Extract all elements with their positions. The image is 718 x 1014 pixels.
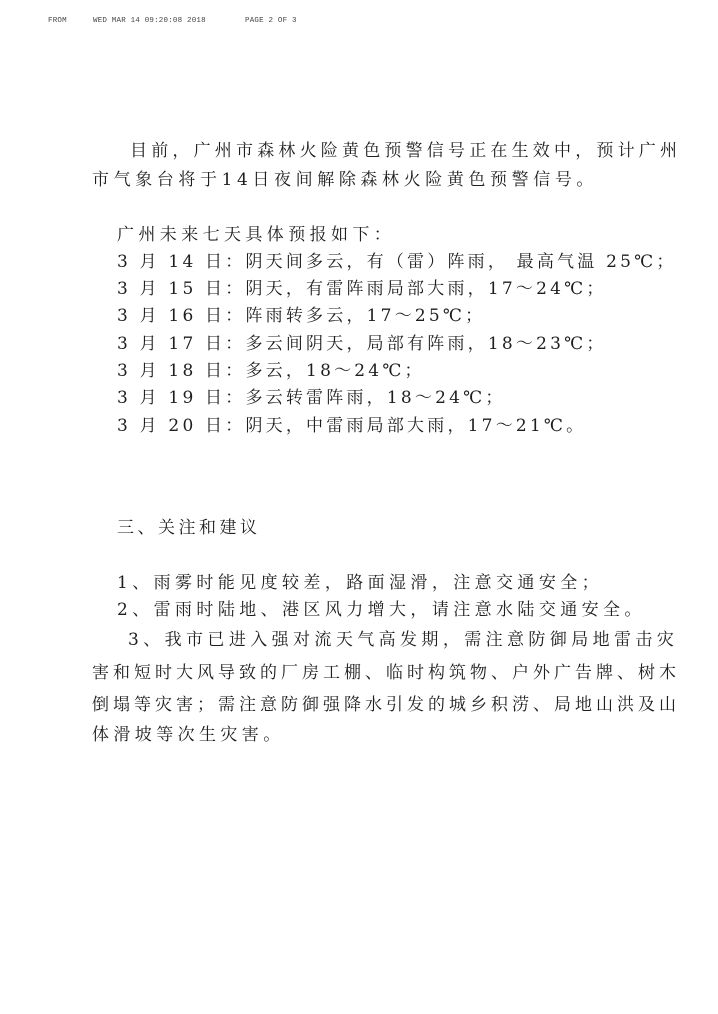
forecast-title: 广州未来七天具体预报如下： — [117, 224, 395, 246]
forecast-day: 3 月 15 日：阴天，有雷阵雨局部大雨，17～24℃； — [117, 278, 607, 300]
intro-line: 目前，广州市森林火险黄色预警信号正在生效中，预计广州 — [130, 140, 681, 162]
forecast-day: 3 月 17 日：多云间阴天，局部有阵雨，18～23℃； — [117, 333, 607, 355]
forecast-day: 3 月 18 日：多云，18～24℃； — [117, 360, 425, 382]
forecast-day: 3 月 16 日：阵雨转多云，17～25℃； — [117, 305, 485, 327]
suggestion-line: 倒塌等灾害；需注意防御强降水引发的城乡积涝、局地山洪及山 — [92, 694, 680, 716]
suggestion-line: 3、我市已进入强对流天气高发期，需注意防御局地雷击灾 — [128, 629, 678, 651]
forecast-day: 3 月 19 日：多云转雷阵雨，18～24℃； — [117, 387, 506, 409]
suggestion-item-1: 1、雨雾时能见度较差，路面湿滑，注意交通安全； — [117, 572, 603, 594]
fax-datetime: WED MAR 14 09:20:08 2018 — [93, 17, 245, 25]
fax-header: FROMWED MAR 14 09:20:08 2018PAGE 2 OF 3 — [48, 17, 297, 25]
suggestion-line: 体滑坡等次生灾害。 — [92, 724, 285, 746]
forecast-day: 3 月 20 日：阴天，中雷雨局部大雨，17～21℃。 — [117, 415, 586, 437]
section-heading: 三、关注和建议 — [117, 517, 261, 539]
fax-from-label: FROM — [48, 17, 93, 25]
suggestion-line: 害和短时大风导致的厂房工棚、临时构筑物、户外广告牌、树木 — [92, 662, 680, 684]
suggestion-item-2: 2、雷雨时陆地、港区风力增大，请注意水陆交通安全。 — [117, 599, 646, 621]
forecast-day: 3 月 14 日：阴天间多云，有（雷）阵雨， 最高气温 25℃； — [117, 251, 677, 273]
fax-page-number: PAGE 2 OF 3 — [245, 17, 297, 25]
intro-line: 市气象台将于14日夜间解除森林火险黄色预警信号。 — [92, 169, 598, 191]
